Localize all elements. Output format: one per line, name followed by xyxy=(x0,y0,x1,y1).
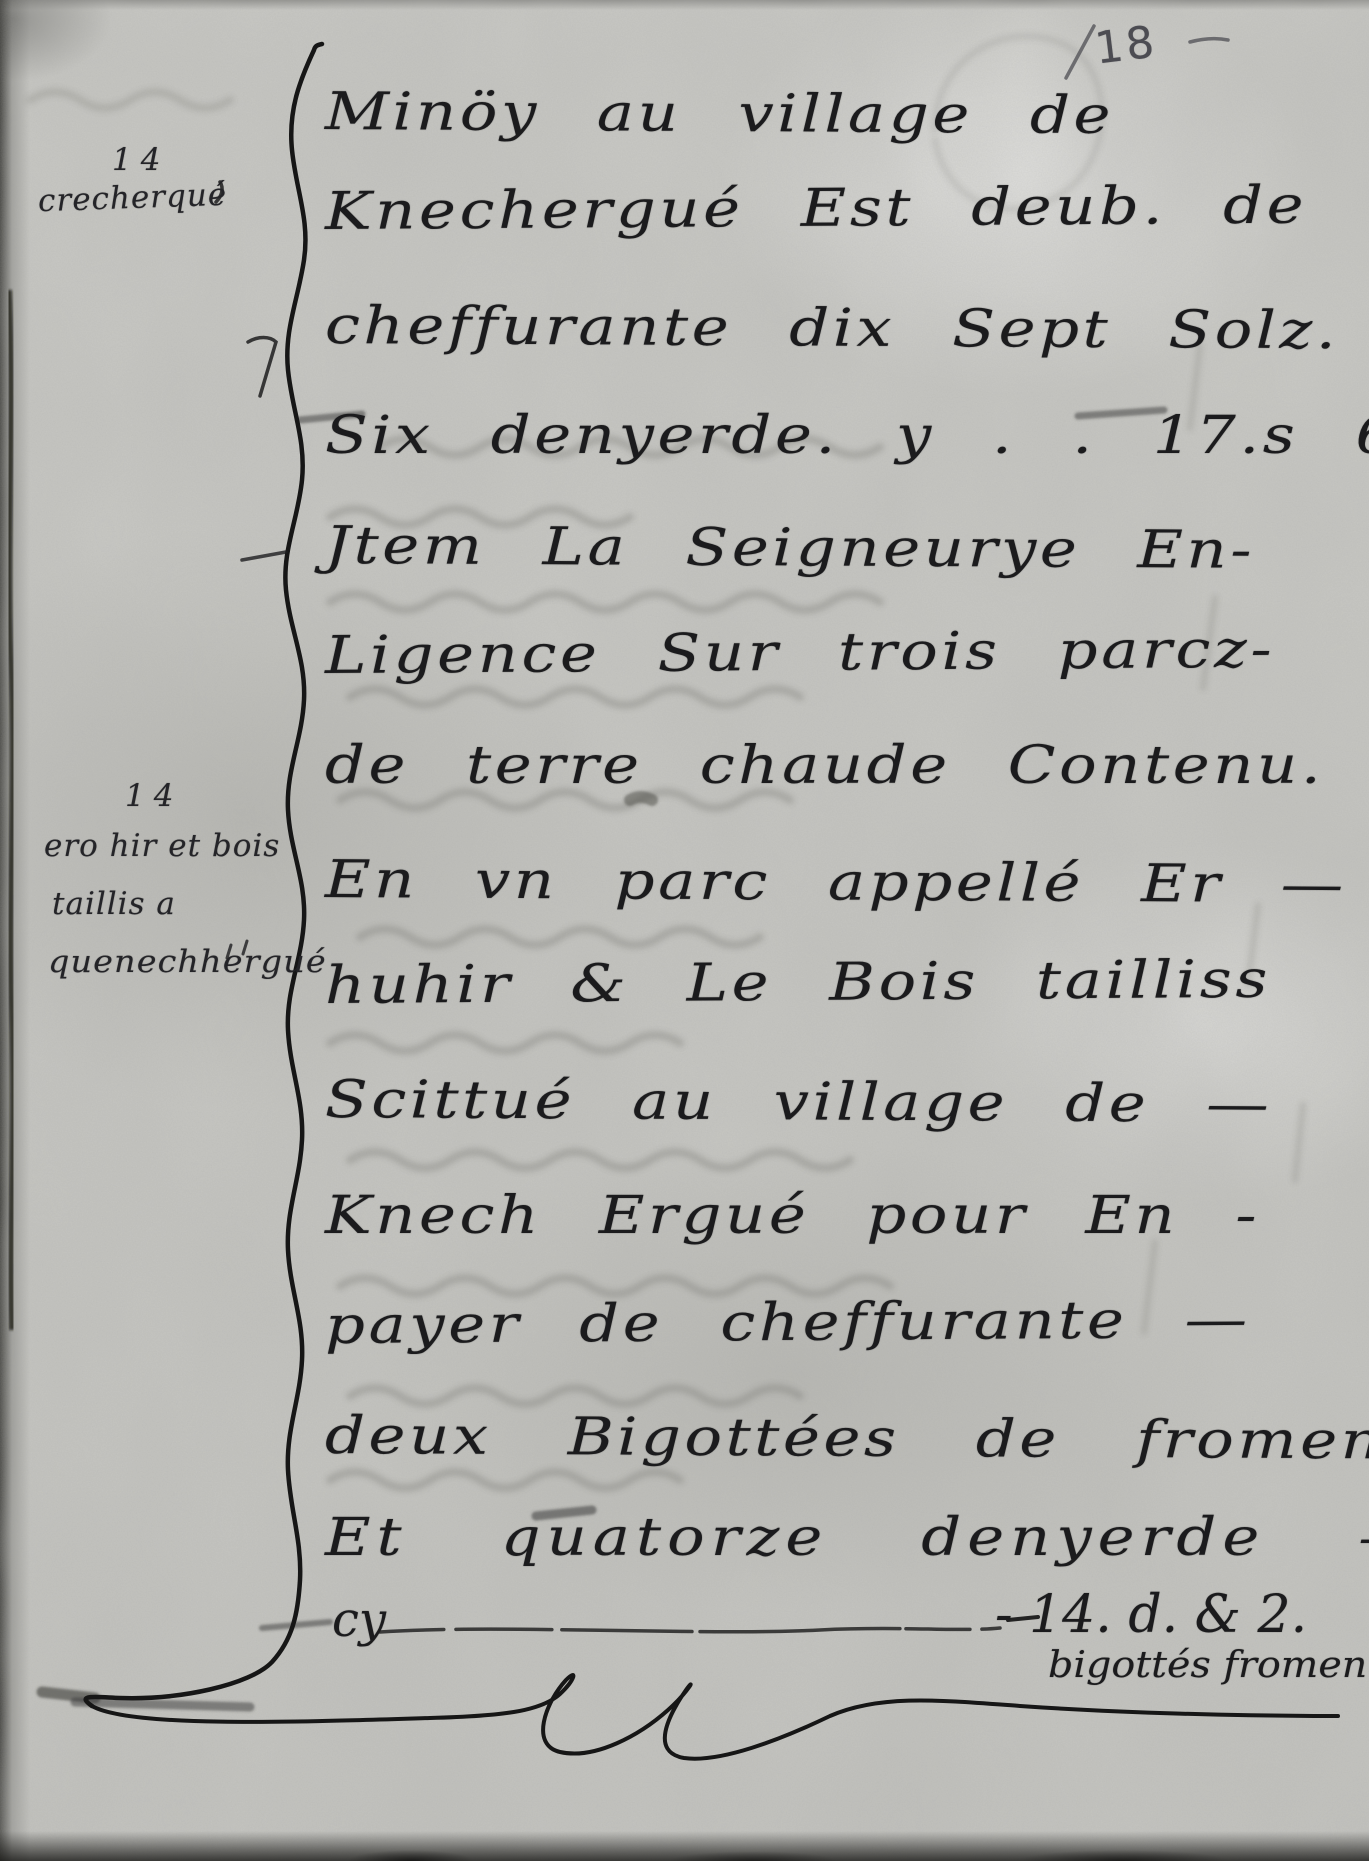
entry-line: Knechergué Est deub. de xyxy=(325,176,1308,242)
binding-shadow xyxy=(0,0,30,1861)
page-number: 18 xyxy=(1092,16,1160,74)
entry-line: Six denyerde. y . . 17.s 6.d — xyxy=(325,406,1369,466)
sum-value: - 14. d. & 2. xyxy=(995,1585,1307,1645)
entry-line: payer de cheffurante — xyxy=(325,1290,1251,1356)
paper-mottle xyxy=(0,0,1369,1861)
entry-line: cheffurante dix Sept Solz. xyxy=(325,296,1340,361)
sum-unit-note: bigottés fromen xyxy=(1048,1645,1367,1686)
ink-layer xyxy=(0,0,1369,1861)
sum-rule xyxy=(380,1617,1038,1632)
entry-line: de terre chaude Contenu. xyxy=(325,736,1324,796)
entry-line: Et quatorze denyerde — xyxy=(325,1508,1369,1568)
entry-line: deux Bigottées de fromen xyxy=(325,1406,1369,1471)
paper-grain xyxy=(0,0,1369,1861)
margin-note-amount: 14 xyxy=(112,142,169,178)
curly-brace xyxy=(86,44,322,1706)
entry-line: Minöy au village de xyxy=(325,82,1114,146)
margin-note-amount: 14 xyxy=(125,778,182,814)
entry-line: En vn parc appellé Er — xyxy=(325,850,1347,915)
entry-line: Ligence Sur trois parcz- xyxy=(325,620,1276,686)
entry-line: Scittué au village de — xyxy=(325,1070,1273,1135)
bottom-edge-shadow xyxy=(0,1831,1369,1861)
entry-line: Knech Ergué pour En - xyxy=(325,1186,1260,1246)
margin-note-text: taillis a xyxy=(52,886,176,922)
margin-note-text: ero hir et bois xyxy=(44,828,280,864)
entry-line: Jtem La Seigneurye En- xyxy=(325,516,1255,581)
bottom-flourish xyxy=(92,1675,1338,1759)
sum-label: cy xyxy=(332,1592,386,1648)
manuscript-page: 18 14 crecherqué 14 ero hir et bois tail… xyxy=(0,0,1369,1861)
entry-line: huhir & Le Bois tailliss xyxy=(325,950,1271,1016)
margin-note-text: crecherqué xyxy=(37,177,227,220)
margin-note-text: quenechhergué xyxy=(48,944,327,980)
